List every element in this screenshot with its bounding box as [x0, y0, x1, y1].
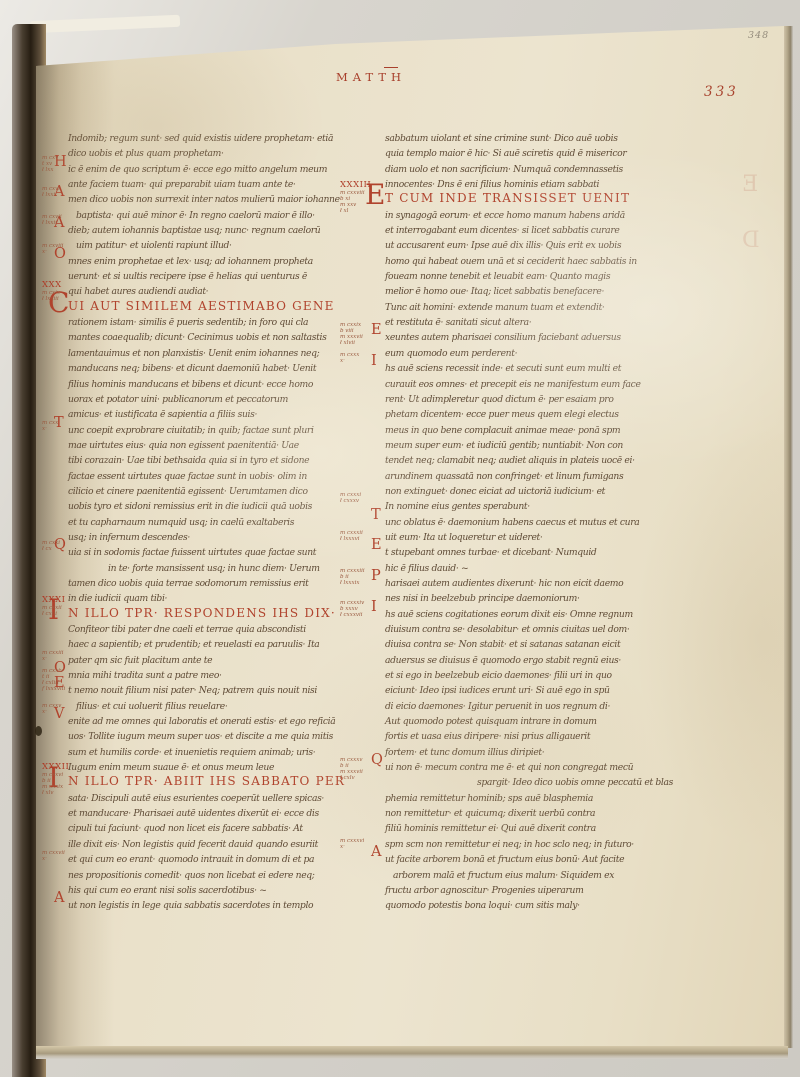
versal-initial: E	[371, 538, 382, 552]
margin-annotation: m cxxxiił lxxxvi	[340, 530, 374, 542]
text-line: Iugum enim meum suaue ē· et onus meum le…	[68, 755, 336, 770]
text-line: in te· forte mansissent usq; in hunc die…	[68, 556, 336, 571]
text-line: Tunc coepit exprobrare ciuitatib; in qui…	[68, 418, 336, 433]
text-line: curauit eos omnes· et precepit eis ne ma…	[385, 372, 657, 387]
pencil-foliation: 348	[748, 30, 769, 41]
canon-reference: m cxxix	[340, 322, 374, 328]
text-line: Tunc oblatus ē· daemonium habens caecus …	[385, 510, 657, 525]
text-line: quia templo maior ē hic· Si auē sciretis…	[385, 141, 657, 156]
bleedthrough-letter: E	[742, 172, 758, 197]
text-line: filius· et cui uoluerit filius reuelare·	[68, 694, 336, 709]
text-line: eum quomodo eum perderent·	[385, 341, 657, 356]
text-line: non remittetur· et quicumq; dixerit uerb…	[385, 801, 657, 816]
text-line: phemia remittetur hominib; sps auē blasp…	[385, 786, 657, 801]
text-line: Quia si in sodomis factae fuissent uirtu…	[68, 540, 336, 555]
text-line: fortis et uasa eius diripere· nisi prius…	[385, 724, 657, 739]
page-edge-right	[784, 26, 793, 1048]
text-line: ET CUM INDE TRANSISSET UENIT	[385, 187, 657, 202]
text-line: et manducare· Pharisaei autē uidentes di…	[68, 801, 336, 816]
text-line: Confiteor tibi pater dne caeli et terrae…	[68, 617, 336, 632]
text-line: Adieb; autem iohannis baptistae usq; nun…	[68, 218, 336, 233]
text-line: meus in quo bene complacuit animae meae·…	[385, 418, 657, 433]
text-line: his qui cum eo erant nisi solis sacerdot…	[68, 878, 336, 893]
text-line: haec a sapientib; et prudentib; et reuel…	[68, 632, 336, 647]
canon-reference: ł cxxxv	[340, 498, 374, 504]
text-line: innocentes· Dns ē eni filius hominis eti…	[385, 172, 657, 187]
text-line: diam uolo et non sacrificium· Numquā con…	[385, 157, 657, 172]
versal-initial: E	[365, 184, 385, 206]
margin-annotation: m cxxixb viiim xxxviił xlvii	[340, 322, 374, 346]
text-line: tibi corazain· Uae tibi bethsaida quia s…	[68, 448, 336, 463]
canon-reference: m cxxxvi	[340, 838, 374, 844]
margin-annotation: m cxxxiiib iił lxxxix	[340, 568, 374, 586]
text-line: ille dixit eis· Non legistis quid feceri…	[68, 832, 336, 847]
text-line: Hic ē enim de quo scriptum ē· ecce ego m…	[68, 157, 336, 172]
canon-reference: m cxxxv	[340, 757, 374, 763]
canon-reference: x·	[340, 844, 374, 850]
text-line: non extinguet· donec eiciat ad uictoriā …	[385, 479, 657, 494]
photograph-background: { "meta": { "header": "MATTH", "folio": …	[0, 0, 800, 1077]
text-column-right: sabbatum uiolant et sine crimine sunt· D…	[385, 126, 657, 909]
text-line: melior ē homo oue· Itaq; licet sabbatis …	[385, 279, 657, 294]
text-line: Pharisaei autem audientes dixerunt· hic …	[385, 571, 657, 586]
text-line: uerunt· et si uultis recipere ipse ē hel…	[68, 264, 336, 279]
text-line: Exeuntes autem pharisaei consilium facie…	[385, 325, 657, 340]
text-line: et tu capharnaum numquid usq; in caelū e…	[68, 510, 336, 525]
versal-initial: H	[54, 155, 67, 169]
canon-reference: ł cxxxvii	[340, 612, 374, 618]
text-line: ante faciem tuam· qui preparabit uiam tu…	[68, 172, 336, 187]
text-line: Ihs auē sciens recessit inde· et secuti …	[385, 356, 657, 371]
versal-initial: I	[371, 600, 377, 614]
text-line: uos· Tollite iugum meum super uos· et di…	[68, 724, 336, 739]
canon-reference: ł xlvii	[340, 340, 374, 346]
text-line: fortem· et tunc domum illius diripiet·	[385, 740, 657, 755]
text-line: uit eum· Ita ut loqueretur et uideret·	[385, 525, 657, 540]
text-line: mae uirtutes eius· quia non egissent pae…	[68, 433, 336, 448]
canon-reference: ł lxxxix	[340, 580, 374, 586]
text-line: Omnes enim prophetae et lex· usq; ad ioh…	[68, 249, 336, 264]
text-line: spargit· Ideo dico uobis omne peccatū et…	[385, 770, 657, 785]
text-line: cipuli tui faciunt· quod non licet eis f…	[68, 816, 336, 831]
page-edge-bottom	[36, 1046, 788, 1059]
text-line: ut accusarent eum· Ipse auē dix illis· Q…	[385, 233, 657, 248]
versal-initial: T	[54, 416, 64, 430]
text-line: Omnia mihi tradita sunt a patre meo·	[68, 663, 336, 678]
versal-initial: O	[54, 661, 66, 675]
text-line: lamentauimus et non planxistis· Uenit en…	[68, 341, 336, 356]
text-line: et interrogabant eum dicentes· si licet …	[385, 218, 657, 233]
text-line: in die iudicii quam tibi·	[68, 586, 336, 601]
text-line: diuisum contra se· desolabitur· et omnis…	[385, 617, 657, 632]
canon-reference: b ii	[340, 763, 374, 769]
versal-initial: Q	[54, 538, 66, 552]
text-line: di eicio daemones· Igitur peruenit in uo…	[385, 694, 657, 709]
manuscript-page: MATTH 348 333 Indomib; regum sunt· sed q…	[36, 24, 784, 1046]
text-line: uim patitur· et uiolenti rapiunt illud·	[68, 233, 336, 248]
versal-initial: E	[371, 323, 382, 337]
text-line: Ihs auē sciens cogitationes eorum dixit …	[385, 602, 657, 617]
canon-reference: m cxxxii	[340, 530, 374, 536]
text-line: diuisa contra se· Non stabit· et si sata…	[385, 632, 657, 647]
text-line: Et nemo nouit filium nisi pater· Neq; pa…	[68, 678, 336, 693]
text-line: manducans neq; bibens· et dicunt daemoni…	[68, 356, 336, 371]
canon-reference: b ii	[340, 574, 374, 580]
canon-reference: b viii	[340, 328, 374, 334]
text-line: tamen dico uobis quia terrae sodomorum r…	[68, 571, 336, 586]
text-line: amicus· et iustificata ē sapientia a fil…	[68, 402, 336, 417]
margin-annotation: m cxxxił cxxxv	[340, 492, 374, 504]
versal-initial: I	[48, 767, 59, 789]
text-line: Aut facite arborem bonā et fructum eius …	[385, 847, 657, 862]
text-line: arborem malā et fructum eius malum· Siqu…	[385, 863, 657, 878]
versal-initial: V	[54, 707, 64, 721]
folio-number: 333	[704, 84, 739, 100]
text-line: Tunc ait homini· extende manum tuam et e…	[385, 295, 657, 310]
text-line: fructu arbor agnoscitur· Progenies uiper…	[385, 878, 657, 893]
text-line: rent· Ut adimpleretur quod dictum ē· per…	[385, 387, 657, 402]
text-line: homo qui habeat ouem unā et si ceciderit…	[385, 249, 657, 264]
text-line: Et stupebant omnes turbae· et dicebant· …	[385, 540, 657, 555]
text-line: sata· Discipuli autē eius esurientes coe…	[68, 786, 336, 801]
text-line: Aut quomodo potest quisquam intrare in d…	[385, 709, 657, 724]
text-line: arundinem quassatā non confringet· et li…	[385, 464, 657, 479]
canon-reference: b xxxv	[340, 606, 374, 612]
text-line: baptista· qui auē minor ē· In regno cael…	[68, 203, 336, 218]
versal-initial: E	[54, 676, 65, 690]
text-line: dico uobis et plus quam prophetam·	[68, 141, 336, 156]
versal-initial: O	[54, 247, 66, 261]
text-line: IN ILLO TPR· RESPONDENS IHS DIX·	[68, 602, 336, 617]
text-line: mantes coaequalib; dicunt· Cecinimus uob…	[68, 325, 336, 340]
versal-initial: I	[371, 354, 377, 368]
text-line: usq; in infernum descendes·	[68, 525, 336, 540]
gutter-stain	[35, 726, 42, 736]
canon-reference: ł lxxxvi	[340, 536, 374, 542]
text-line: in synagogā eorum· et ecce homo manum ha…	[385, 203, 657, 218]
text-line: CUI AUT SIMILEM AESTIMABO GENE	[68, 295, 336, 310]
running-title: MATTH	[336, 70, 406, 84]
text-line: et qui cum eo erant· quomodo intrauit in…	[68, 847, 336, 862]
text-line: rationem istam· similis ē pueris sedenti…	[68, 310, 336, 325]
versal-initial: C	[48, 292, 69, 314]
bleedthrough-letter: D	[742, 228, 760, 253]
text-line: sum et humilis corde· et inuenietis requ…	[68, 740, 336, 755]
margin-annotation: m cxxxvb iim xxxviił cxlv	[340, 757, 374, 781]
text-line: nes propositionis comedit· quos non lice…	[68, 863, 336, 878]
canon-reference: m xxxvii	[340, 334, 374, 340]
canon-reference: ł cxlv	[340, 775, 374, 781]
versal-initial: A	[54, 891, 64, 905]
text-line: et restituta ē· sanitati sicut altera·	[385, 310, 657, 325]
margin-annotation: m cxxxx·	[340, 352, 374, 364]
canon-reference: m cxxxi	[340, 492, 374, 498]
text-line: spm scm non remittetur ei neq; in hoc sc…	[385, 832, 657, 847]
text-line: sabbatum uiolant et sine crimine sunt· D…	[385, 126, 657, 141]
body-text: ut non legistis in lege quia sabbatis sa…	[68, 900, 313, 911]
text-line: IN ILLO TPR· ABIIT IHS SABBATO PER	[68, 770, 336, 785]
text-line: et si ego in beelzebub eicio daemones· f…	[385, 663, 657, 678]
canon-reference: m xxxvii	[340, 769, 374, 775]
text-line: cilicio et cinere paenitentiā egissent· …	[68, 479, 336, 494]
versal-initial: P	[371, 569, 381, 583]
versal-initial: A	[54, 185, 64, 199]
versal-initial: T	[371, 508, 381, 522]
versal-initial: A	[54, 216, 64, 230]
canon-reference: x·	[340, 358, 374, 364]
underlying-leaf-edge	[30, 15, 180, 34]
versal-initial: I	[48, 599, 59, 621]
text-line: nes nisi in beelzebub principe daemonior…	[385, 586, 657, 601]
text-line: phetam dicentem· ecce puer meus quem ele…	[385, 402, 657, 417]
text-line: hic ē filius dauid· ~	[385, 556, 657, 571]
text-line: Indomib; regum sunt· sed quid existis ui…	[68, 126, 336, 141]
macron-mark	[384, 67, 398, 68]
canon-reference: m cxxx	[340, 352, 374, 358]
versal-initial: Q	[371, 753, 383, 767]
text-line: aduersus se diuisus ē quomodo ergo stabi…	[385, 648, 657, 663]
canon-reference: m cxxxiv	[340, 600, 374, 606]
text-line: tendet neq; clamabit neq; audiet aliquis…	[385, 448, 657, 463]
text-line: Venite ad me omnes qui laboratis et oner…	[68, 709, 336, 724]
text-line: Qui non ē· mecum contra me ē· et qui non…	[385, 755, 657, 770]
text-line: Amen dico uobis non surrexit inter natos…	[68, 187, 336, 202]
text-line: factae essent uirtutes quae factae sunt …	[68, 464, 336, 479]
text-line: qui habet aures audiendi audiat·	[68, 279, 336, 294]
margin-annotation: m cxxxvix·	[340, 838, 374, 850]
canon-reference: m cxxxiii	[340, 568, 374, 574]
text-line: foueam nonne tenebit et leuabit eam· Qua…	[385, 264, 657, 279]
text-line: filius hominis manducans et bibens et di…	[68, 372, 336, 387]
text-line: Aut non legistis in lege quia sabbatis s…	[68, 893, 336, 908]
running-title-text: MATTH	[336, 70, 406, 84]
text-line: uorax et potator uini· publicanorum et p…	[68, 387, 336, 402]
text-line: meum super eum· et iudiciū gentib; nunti…	[385, 433, 657, 448]
text-line: In nomine eius gentes sperabunt·	[385, 494, 657, 509]
text-line: pater qm sic fuit placitum ante te	[68, 648, 336, 663]
text-line: filiū hominis remittetur ei· Qui auē dix…	[385, 816, 657, 831]
body-text: quomodo potestis bona loqui· cum sitis m…	[385, 900, 580, 911]
versal-initial: A	[371, 845, 381, 859]
text-line: quomodo potestis bona loqui· cum sitis m…	[385, 893, 657, 908]
text-line: eiciunt· Ideo ipsi iudices erunt uri· Si…	[385, 678, 657, 693]
text-column-left: Indomib; regum sunt· sed quid existis ui…	[68, 126, 336, 909]
margin-annotation: m cxxxivb xxxvł cxxxvii	[340, 600, 374, 618]
text-line: uobis tyro et sidoni remissius erit in d…	[68, 494, 336, 509]
